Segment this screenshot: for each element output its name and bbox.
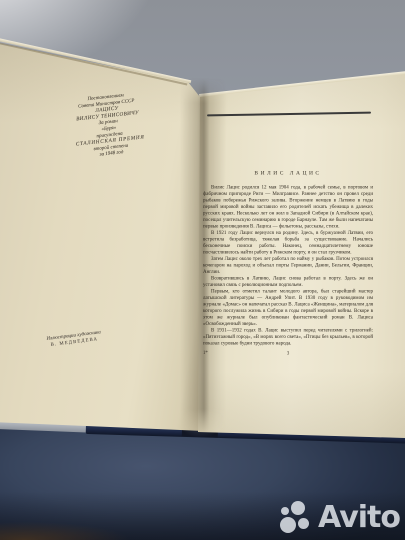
logo-circle-top-left bbox=[281, 507, 289, 515]
body-paragraph: Затем Лацис около трех лет работал по на… bbox=[203, 256, 373, 276]
book-photo: Постановлением Совета Министров СССР ЛАЦ… bbox=[0, 0, 405, 540]
right-page-text: ВИЛИС ЛАЦИС Вилис Лацис родился 12 мая 1… bbox=[203, 170, 373, 385]
chapter-title: ВИЛИС ЛАЦИС bbox=[203, 170, 373, 176]
award-text-block: Постановлением Совета Министров СССР ЛАЦ… bbox=[46, 88, 175, 190]
logo-circle-top-right bbox=[291, 501, 305, 515]
body-paragraph: В 1931—1932 годах В. Лацис выступил пере… bbox=[203, 327, 373, 347]
logo-circle-bottom-left bbox=[280, 517, 296, 533]
body-paragraph: В 1921 году Лацис вернулся на родину. Зд… bbox=[203, 230, 373, 256]
avito-logo-icon bbox=[279, 500, 315, 535]
body-paragraph: Возвратившись в Латвию, Лацис снова рабо… bbox=[203, 275, 373, 288]
page-number: 3 bbox=[203, 351, 373, 356]
page-footer: 1* 3 bbox=[203, 351, 373, 358]
logo-circle-bottom-right bbox=[298, 518, 309, 529]
avito-wordmark: Avito bbox=[318, 500, 400, 535]
body-paragraph: Первым, кто отметил талант молодого авто… bbox=[203, 288, 373, 327]
avito-watermark: Avito bbox=[279, 500, 400, 535]
body-paragraph: Вилис Лацис родился 12 мая 1904 года, в … bbox=[203, 184, 373, 230]
